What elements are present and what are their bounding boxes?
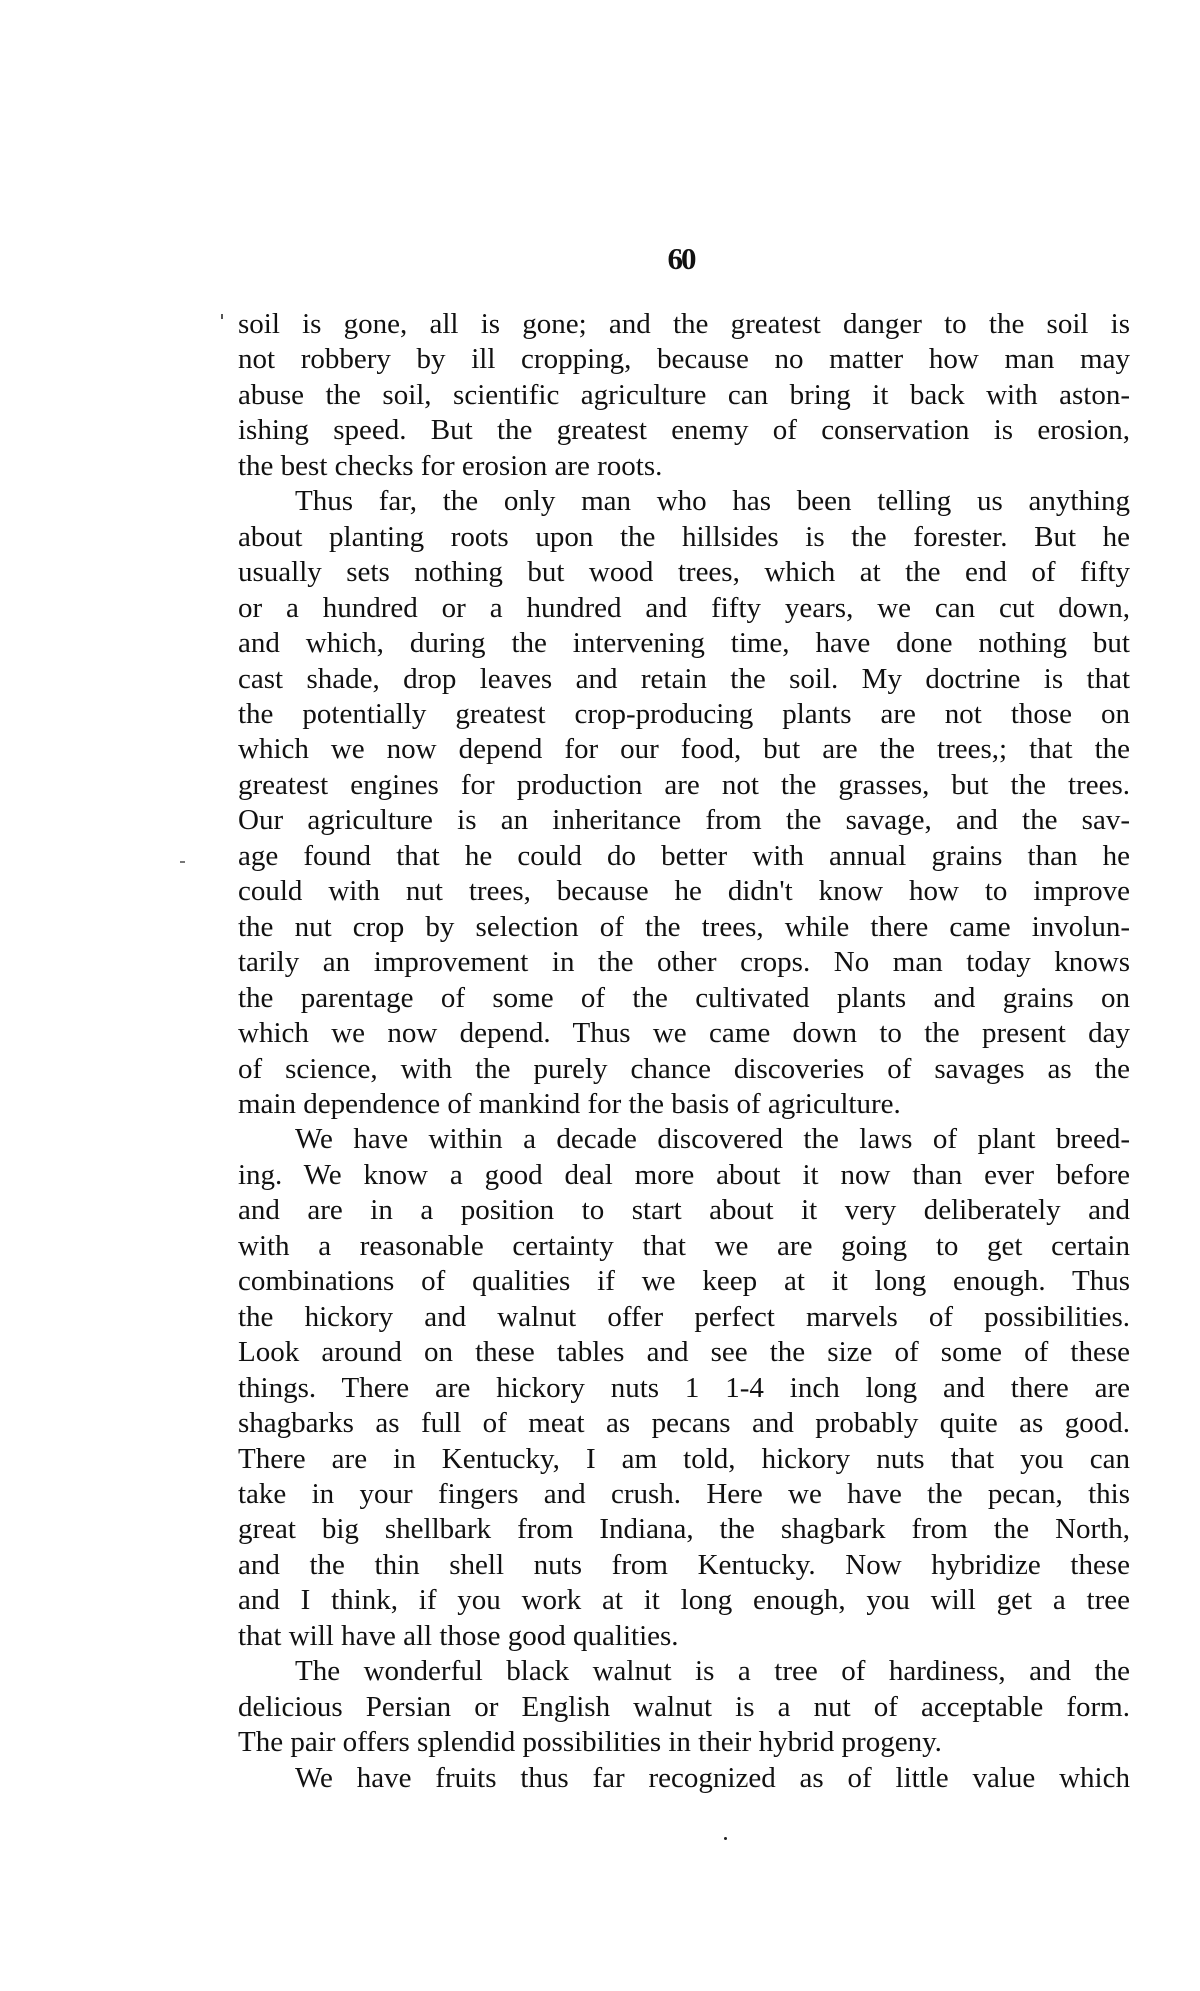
text-line: abuse the soil, scientific agriculture c… [238,378,1130,413]
print-speck [724,1837,727,1840]
text-line: The pair offers splendid possibilities i… [238,1725,1130,1760]
text-line: The wonderful black walnut is a tree of … [238,1654,1130,1689]
text-line: take in your fingers and crush. Here we … [238,1477,1130,1512]
text-line: with a reasonable certainty that we are … [238,1229,1130,1264]
text-line: tarily an improvement in the other crops… [238,945,1130,980]
text-line: Our agriculture is an inheritance from t… [238,803,1130,838]
text-line: and the thin shell nuts from Kentucky. N… [238,1548,1130,1583]
text-line: shagbarks as full of meat as pecans and … [238,1406,1130,1441]
text-line: great big shellbark from Indiana, the sh… [238,1512,1130,1547]
text-line: We have fruits thus far recognized as of… [238,1761,1130,1796]
text-line: Thus far, the only man who has been tell… [238,484,1130,519]
text-line: There are in Kentucky, I am told, hickor… [238,1442,1130,1477]
text-line: We have within a decade discovered the l… [238,1122,1130,1157]
text-line: combinations of qualities if we keep at … [238,1264,1130,1299]
text-line: about planting roots upon the hillsides … [238,520,1130,555]
text-line: main dependence of mankind for the basis… [238,1087,1130,1122]
text-line: things. There are hickory nuts 1 1-4 inc… [238,1371,1130,1406]
text-line: greatest engines for production are not … [238,768,1130,803]
page-number: 60 [600,242,762,276]
text-line: the potentially greatest crop-producing … [238,697,1130,732]
text-line: and I think, if you work at it long enou… [238,1583,1130,1618]
paragraph: soil is gone, all is gone; and the great… [238,307,1130,484]
paragraph: Thus far, the only man who has been tell… [238,484,1130,1122]
text-line: not robbery by ill cropping, because no … [238,342,1130,377]
text-line: could with nut trees, because he didn't … [238,874,1130,909]
text-line: or a hundred or a hundred and fifty year… [238,591,1130,626]
text-line: that will have all those good qualities. [238,1619,1130,1654]
text-line: the best checks for erosion are roots. [238,449,1130,484]
text-line: the parentage of some of the cultivated … [238,981,1130,1016]
paragraph: We have fruits thus far recognized as of… [238,1761,1130,1796]
margin-mark [180,861,185,863]
text-line: which we now depend for our food, but ar… [238,732,1130,767]
text-line: which we now depend. Thus we came down t… [238,1016,1130,1051]
text-line: of science, with the purely chance disco… [238,1052,1130,1087]
paragraph: The wonderful black walnut is a tree of … [238,1654,1130,1760]
text-line: soil is gone, all is gone; and the great… [238,307,1130,342]
text-line: cast shade, drop leaves and retain the s… [238,662,1130,697]
text-line: age found that he could do better with a… [238,839,1130,874]
body-text: soil is gone, all is gone; and the great… [238,307,1130,1796]
text-line: Look around on these tables and see the … [238,1335,1130,1370]
text-line: delicious Persian or English walnut is a… [238,1690,1130,1725]
text-line: ing. We know a good deal more about it n… [238,1158,1130,1193]
text-line: the nut crop by selection of the trees, … [238,910,1130,945]
text-line: and which, during the intervening time, … [238,626,1130,661]
text-line: the hickory and walnut offer perfect mar… [238,1300,1130,1335]
margin-mark [221,314,223,319]
text-line: ishing speed. But the greatest enemy of … [238,413,1130,448]
text-line: usually sets nothing but wood trees, whi… [238,555,1130,590]
text-line: and are in a position to start about it … [238,1193,1130,1228]
paragraph: We have within a decade discovered the l… [238,1122,1130,1654]
